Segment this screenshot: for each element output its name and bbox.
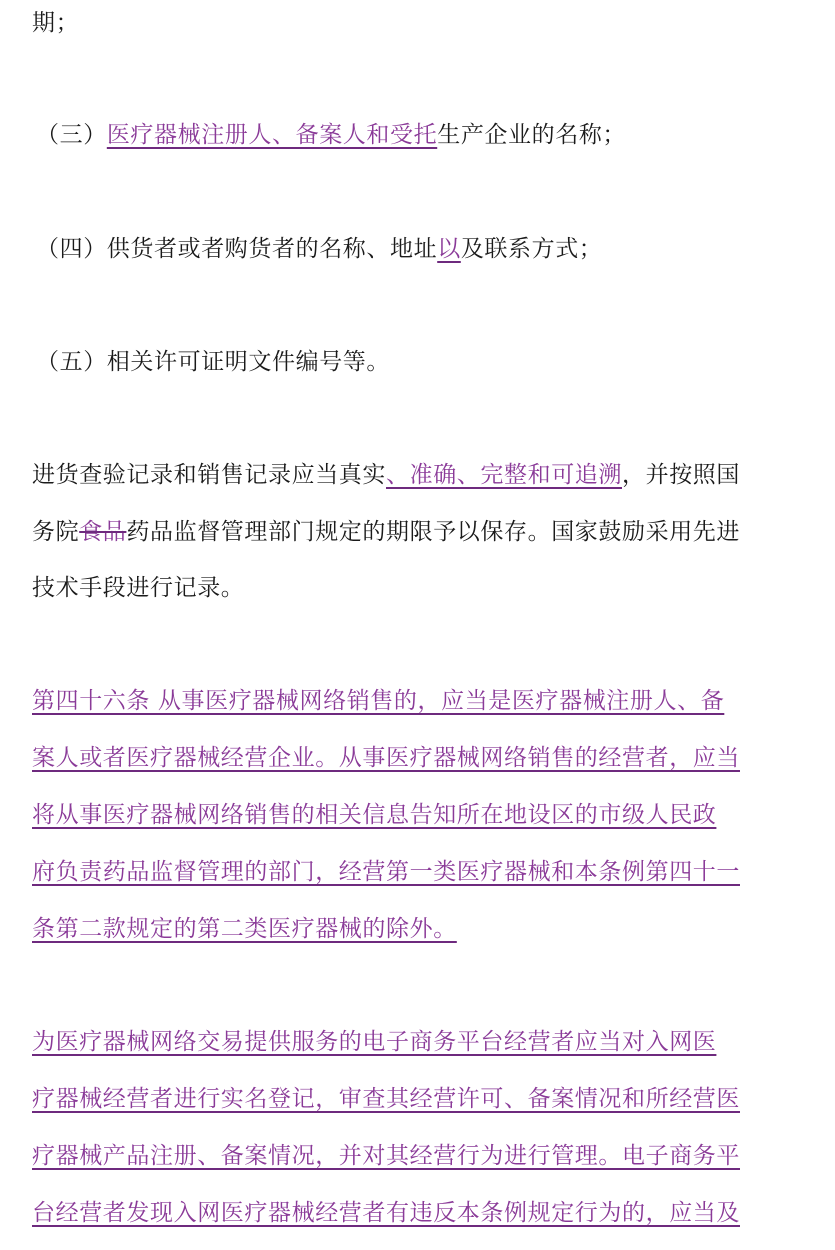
inserted-text: 医疗器械注册人、备案人和受托 — [107, 122, 437, 148]
inserted-text: 以 — [437, 236, 461, 262]
platform-line: 为医疗器械网络交易提供服务的电子商务平台经营者应当对入网医 — [32, 1027, 716, 1057]
paragraph-records-line-2: 务院食品药品监督管理部门规定的期限予以保存。国家鼓励采用先进 — [32, 517, 740, 547]
article-46-line: 案人或者医疗器械经营企业。从事医疗器械网络销售的经营者，应当 — [32, 743, 740, 773]
platform-line: 台经营者发现入网医疗器械经营者有违反本条例规定行为的，应当及 — [32, 1198, 740, 1228]
list-item-prefix: （三） — [36, 122, 107, 148]
paragraph-text: 进货查验记录和销售记录应当真实 — [32, 462, 386, 488]
text-line-continuation: 期； — [32, 8, 79, 38]
list-item-3: （三）医疗器械注册人、备案人和受托生产企业的名称； — [36, 120, 626, 150]
paragraph-text: 务院 — [32, 519, 79, 545]
paragraph-records-line-3: 技术手段进行记录。 — [32, 573, 244, 603]
platform-line: 疗器械经营者进行实名登记，审查其经营许可、备案情况和所经营医 — [32, 1084, 740, 1114]
platform-line: 疗器械产品注册、备案情况，并对其经营行为进行管理。电子商务平 — [32, 1141, 740, 1171]
list-item-5: （五）相关许可证明文件编号等。 — [36, 347, 390, 377]
paragraph-records-line-1: 进货查验记录和销售记录应当真实、准确、完整和可追溯，并按照国 — [32, 460, 740, 490]
list-item-text: 生产企业的名称； — [437, 122, 626, 148]
paragraph-text: ，并按照国 — [622, 462, 740, 488]
inserted-text: 、准确、完整和可追溯 — [386, 462, 622, 488]
article-46-line: 府负责药品监督管理的部门，经营第一类医疗器械和本条例第四十一 — [32, 857, 740, 887]
deleted-text: 食品 — [79, 519, 126, 545]
article-46-line: 第四十六条 从事医疗器械网络销售的，应当是医疗器械注册人、备 — [32, 686, 724, 716]
article-46-line: 将从事医疗器械网络销售的相关信息告知所在地设区的市级人民政 — [32, 800, 716, 830]
article-46-line: 条第二款规定的第二类医疗器械的除外。 — [32, 914, 457, 944]
list-item-text: 及联系方式； — [461, 236, 603, 262]
list-item-4: （四）供货者或者购货者的名称、地址以及联系方式； — [36, 234, 602, 264]
list-item-text: （四）供货者或者购货者的名称、地址 — [36, 236, 437, 262]
paragraph-text: 药品监督管理部门规定的期限予以保存。国家鼓励采用先进 — [126, 519, 740, 545]
